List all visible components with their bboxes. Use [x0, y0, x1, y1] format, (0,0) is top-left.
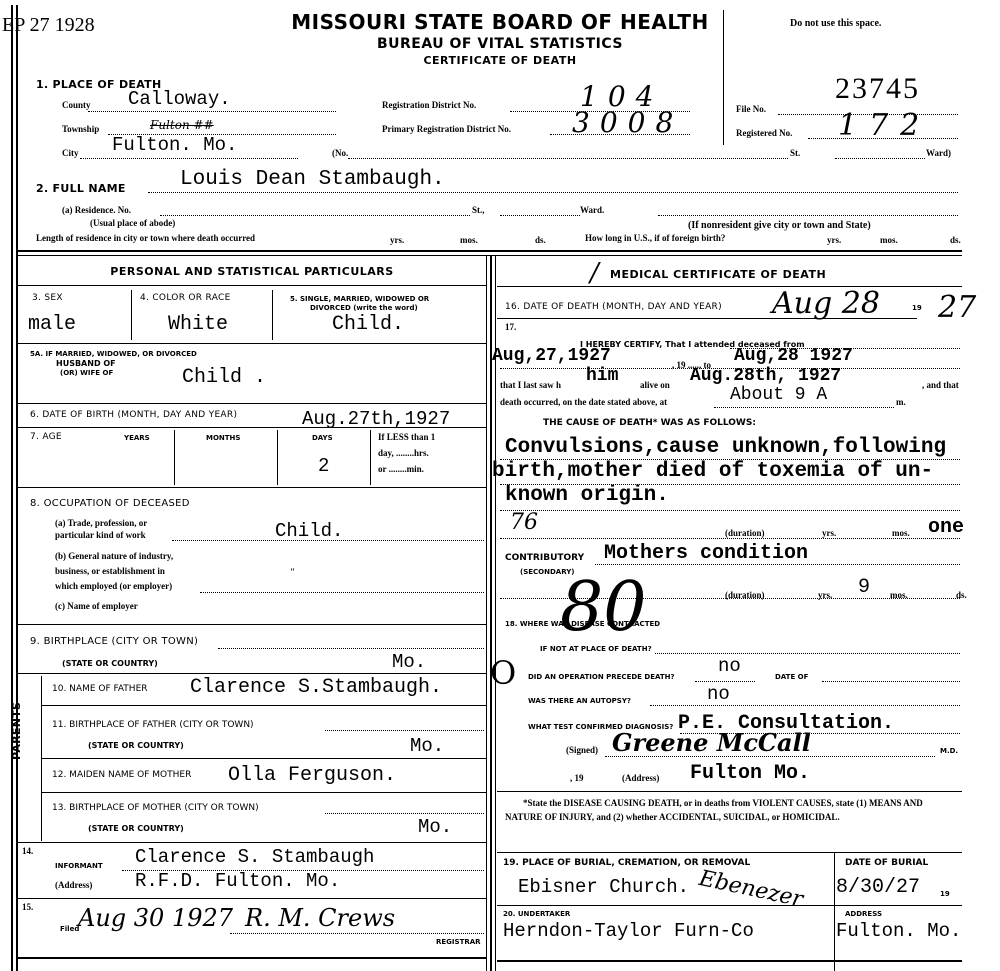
- row-divider: [497, 852, 962, 853]
- disease-contracted-label: 18. WHERE WAS DISEASE CONTRACTED: [505, 620, 660, 628]
- age-label: 7. AGE: [30, 432, 62, 442]
- last-saw-date: Aug.28th, 1927: [690, 366, 841, 386]
- row-divider: [42, 758, 487, 759]
- county-label: County: [62, 100, 91, 110]
- marital-status-value: Child.: [332, 313, 404, 336]
- residence-label: (a) Residence. No.: [62, 205, 131, 215]
- row-divider: [42, 792, 487, 793]
- wife-of-label: (OR) WIFE OF: [60, 369, 113, 377]
- foreign-birth-label: How long in U.S., if of foreign birth?: [585, 233, 725, 243]
- informant-label: INFORMANT: [55, 862, 103, 870]
- informant-address-value: R.F.D. Fulton. Mo.: [135, 870, 340, 892]
- cell-divider: [131, 290, 132, 340]
- full-name-label: 2. FULL NAME: [36, 182, 126, 195]
- ward-label: Ward): [926, 148, 951, 158]
- age-days-value: 2: [318, 455, 329, 477]
- informant-value: Clarence S. Stambaugh: [135, 846, 374, 868]
- autopsy-label: WAS THERE AN AUTOPSY?: [528, 697, 631, 705]
- foreign-days-unit: ds.: [950, 235, 961, 245]
- occupation-a-value: Child.: [275, 520, 343, 542]
- row-divider: [497, 318, 917, 319]
- last-saw-label: that I last saw h: [500, 380, 561, 390]
- row-divider: [17, 285, 487, 286]
- cause-footnote: *State the DISEASE CAUSING DEATH, or in …: [505, 796, 960, 824]
- husband-of-label: HUSBAND OF: [56, 359, 116, 368]
- row-divider: [17, 957, 487, 959]
- race-label: 4. COLOR OR RACE: [140, 293, 231, 303]
- length-of-residence-label: Length of residence in city or town wher…: [36, 233, 255, 243]
- cause-line-3: known origin.: [505, 484, 669, 507]
- contributory-years-unit: yrs.: [818, 590, 832, 600]
- township-value: Fulton ##: [150, 118, 214, 132]
- cell-divider: [370, 430, 371, 485]
- row-divider: [497, 960, 962, 962]
- disease-contracted-sub: IF NOT AT PLACE OF DEATH?: [540, 645, 652, 653]
- age-years-label: YEARS: [124, 434, 150, 442]
- row-divider: [497, 286, 962, 287]
- certify-number: 17.: [505, 322, 516, 332]
- occupation-a-label: (a) Trade, profession, or: [55, 518, 147, 528]
- duration-months-unit: mos.: [892, 528, 910, 538]
- section-divider: [17, 250, 962, 252]
- contributory-code: 80: [560, 568, 647, 647]
- md-label: M.D.: [940, 747, 958, 755]
- contributory-months-value: 9: [858, 576, 870, 599]
- reserved-space-note: Do not use this space.: [790, 18, 881, 29]
- duration-days-value: one: [928, 516, 964, 539]
- informant-address-label: (Address): [55, 880, 92, 890]
- file-number-stamp: 23745: [835, 72, 920, 106]
- foreign-years-unit: yrs.: [827, 235, 841, 245]
- contributory-value: Mothers condition: [604, 542, 808, 565]
- cell-divider: [834, 853, 835, 971]
- occupation-b-label-3: which employed (or employer): [55, 581, 172, 591]
- left-column-right-edge: [486, 256, 487, 971]
- father-name-label: 10. NAME OF FATHER: [52, 684, 148, 694]
- registered-number-label: Registered No.: [736, 128, 792, 138]
- occupation-b-value: ": [290, 567, 295, 577]
- filed-date-value: Aug 30 1927: [78, 904, 233, 932]
- spouse-label: 5A. IF MARRIED, WIDOWED, OR DIVORCED: [30, 350, 197, 358]
- spouse-value: Child .: [182, 366, 266, 389]
- margin-mark: O: [490, 654, 516, 692]
- father-birthplace-state-value: Mo.: [410, 735, 444, 757]
- row-divider: [17, 624, 487, 625]
- occupation-a-label-2: particular kind of work: [55, 530, 146, 540]
- parents-side-label: PARENTS: [10, 702, 23, 760]
- row-divider: [17, 673, 487, 674]
- residence-days-unit: ds.: [535, 235, 546, 245]
- sex-value: male: [28, 313, 76, 336]
- birthplace-label: 9. BIRTHPLACE (CITY OR TOWN): [30, 636, 198, 647]
- nonresident-note: (If nonresident give city or town and St…: [688, 220, 871, 231]
- autopsy-value: no: [707, 683, 730, 705]
- physician-signature: Greene McCall: [612, 728, 811, 757]
- signed-date-label: , 19: [570, 773, 584, 783]
- alive-on-label: alive on: [640, 380, 670, 390]
- physician-address-value: Fulton Mo.: [690, 762, 810, 785]
- row-divider: [497, 905, 962, 906]
- row-divider: [17, 487, 487, 488]
- undertaker-label: 20. UNDERTAKER: [503, 910, 570, 918]
- row-divider: [17, 842, 487, 843]
- meridiem-label: m.: [896, 397, 906, 407]
- reserved-space-divider: [723, 10, 724, 145]
- attended-from-date: Aug,27,1927: [492, 346, 611, 366]
- operation-value: no: [718, 655, 741, 677]
- row-divider: [497, 791, 962, 792]
- cell-divider: [277, 430, 278, 485]
- row-divider: [17, 898, 487, 899]
- cause-line-1: Convulsions,cause unknown,following: [505, 436, 946, 459]
- duration-label: (duration): [725, 528, 765, 538]
- row-divider: [17, 403, 487, 404]
- father-birthplace-state-label: (STATE OR COUNTRY): [88, 741, 184, 750]
- marital-status-label: 5. SINGLE, MARRIED, WIDOWED OR: [290, 295, 429, 303]
- foreign-months-unit: mos.: [880, 235, 898, 245]
- father-name-value: Clarence S.Stambaugh.: [190, 676, 442, 699]
- and-that-label: , and that: [922, 380, 959, 390]
- attended-to-date: Aug,28 1927: [734, 346, 853, 366]
- birthplace-state-value: Mo.: [392, 651, 426, 673]
- filing-stamp: EP 27 1928: [2, 14, 95, 37]
- cause-of-death-header: THE CAUSE OF DEATH* WAS AS FOLLOWS:: [543, 418, 756, 428]
- usual-abode-label: (Usual place of abode): [90, 218, 175, 228]
- informant-number: 14.: [22, 846, 33, 856]
- cause-line-2: birth,mother died of toxemia of un-: [492, 460, 933, 483]
- primary-registration-value: 3008: [572, 106, 683, 139]
- full-name-value: Louis Dean Stambaugh.: [180, 168, 445, 191]
- date-of-death-value: Aug 28: [772, 286, 880, 321]
- undertaker-value: Herndon-Taylor Furn-Co: [503, 920, 754, 942]
- street-label: St.: [790, 148, 800, 158]
- mother-maiden-name-label: 12. MAIDEN NAME OF MOTHER: [52, 770, 191, 780]
- burial-date-value: 8/30/27: [836, 876, 920, 899]
- primary-registration-label: Primary Registration District No.: [382, 124, 511, 134]
- city-value: Fulton. Mo.: [112, 134, 237, 156]
- duration-years-unit: yrs.: [822, 528, 836, 538]
- sex-label: 3. SEX: [32, 293, 63, 303]
- father-birthplace-label: 11. BIRTHPLACE OF FATHER (CITY OR TOWN): [52, 720, 254, 730]
- mother-birthplace-state-value: Mo.: [418, 816, 452, 838]
- street-number-label: (No.: [332, 148, 348, 158]
- check-mark: /: [590, 258, 599, 288]
- cell-divider: [174, 430, 175, 485]
- operation-label: DID AN OPERATION PRECEDE DEATH?: [528, 673, 675, 681]
- county-value: Calloway.: [128, 88, 231, 110]
- township-label: Township: [62, 124, 99, 134]
- registrar-label: REGISTRAR: [436, 938, 481, 946]
- cause-code: 76: [510, 510, 538, 535]
- last-saw-pronoun: him: [586, 366, 618, 386]
- marital-status-label-2: DIVORCED (write the word): [310, 304, 418, 312]
- row-divider: [17, 343, 487, 344]
- residence-ward-label: Ward.: [580, 205, 604, 215]
- death-time-value: About 9 A: [730, 385, 827, 405]
- contributory-duration-label: (duration): [725, 590, 765, 600]
- filed-number: 15.: [22, 902, 33, 912]
- mother-maiden-name-value: Olla Ferguson.: [228, 764, 396, 787]
- registration-district-label: Registration District No.: [382, 100, 476, 110]
- occupation-c-label: (c) Name of employer: [55, 601, 138, 611]
- date-of-birth-label: 6. DATE OF BIRTH (MONTH, DAY AND YEAR): [30, 410, 237, 420]
- burial-date-suffix: 19: [940, 890, 950, 898]
- filed-label: Filed: [60, 925, 79, 933]
- occupation-label: 8. OCCUPATION OF DECEASED: [30, 498, 190, 509]
- age-days-label: DAYS: [312, 434, 333, 442]
- physician-address-label: (Address): [622, 773, 659, 783]
- residence-months-unit: mos.: [460, 235, 478, 245]
- file-number-label: File No.: [736, 104, 766, 114]
- undertaker-address-label: ADDRESS: [845, 910, 882, 918]
- contributory-days-unit: ds.: [956, 590, 967, 600]
- signed-label: (Signed): [566, 745, 598, 755]
- death-occurred-label: death occurred, on the date stated above…: [500, 397, 667, 407]
- city-label: City: [62, 148, 79, 158]
- mother-birthplace-state-label: (STATE OR COUNTRY): [88, 824, 184, 833]
- residence-years-unit: yrs.: [390, 235, 404, 245]
- document-type: CERTIFICATE OF DEATH: [250, 54, 750, 67]
- occupation-b-label-2: business, or establishment in: [55, 566, 165, 576]
- medical-section-title: MEDICAL CERTIFICATE OF DEATH: [610, 268, 826, 281]
- death-year-value: 27: [938, 290, 976, 325]
- hours-label: day, ........hrs.: [378, 448, 429, 458]
- undertaker-address-value: Fulton. Mo.: [836, 920, 961, 942]
- death-year-prefix: 19: [912, 304, 922, 312]
- minutes-label: or ........min.: [378, 464, 424, 474]
- registered-number-value: 172: [838, 108, 931, 143]
- cell-divider: [272, 290, 273, 340]
- document-subtitle: BUREAU OF VITAL STATISTICS: [250, 36, 750, 52]
- row-divider: [17, 427, 487, 428]
- operation-date-label: DATE OF: [775, 673, 808, 681]
- contributory-months-unit: mos.: [890, 590, 908, 600]
- race-value: White: [168, 313, 228, 336]
- mother-birthplace-label: 13. BIRTHPLACE OF MOTHER (CITY OR TOWN): [52, 803, 259, 813]
- personal-section-title: PERSONAL AND STATISTICAL PARTICULARS: [17, 265, 487, 278]
- row-divider: [42, 705, 487, 706]
- registrar-signature: R. M. Crews: [245, 904, 395, 932]
- left-border-line: [11, 5, 13, 971]
- residence-street-label: St.,: [472, 205, 485, 215]
- birthplace-state-label: (STATE OR COUNTRY): [62, 659, 158, 668]
- date-of-death-label: 16. DATE OF DEATH (MONTH, DAY AND YEAR): [505, 302, 722, 312]
- burial-date-label: DATE OF BURIAL: [845, 858, 928, 868]
- burial-place-value: Ebisner Church.: [518, 876, 689, 898]
- occupation-b-label: (b) General nature of industry,: [55, 551, 173, 561]
- contributory-label: CONTRIBUTORY: [505, 553, 584, 563]
- left-border-line: [16, 5, 18, 971]
- age-months-label: MONTHS: [206, 434, 240, 442]
- less-than-day-label: If LESS than 1: [378, 432, 435, 442]
- document-title: MISSOURI STATE BOARD OF HEALTH: [250, 10, 750, 34]
- burial-place-label: 19. PLACE OF BURIAL, CREMATION, OR REMOV…: [503, 858, 750, 868]
